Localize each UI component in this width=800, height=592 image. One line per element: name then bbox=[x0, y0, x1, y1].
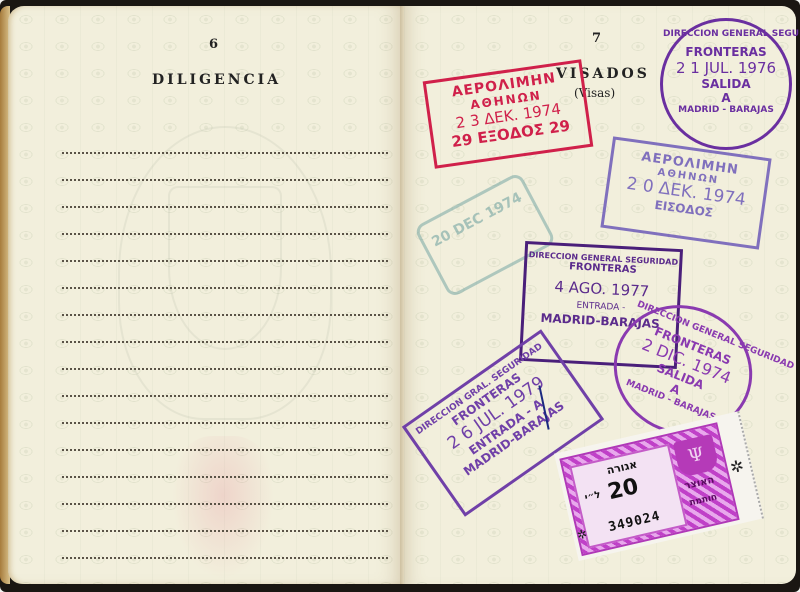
stamp-line: DIRECCION GENERAL SEGURIDAD bbox=[663, 29, 789, 39]
passport-spread: 6 DILIGENCIA 7 VISADOS (Visas) 20 DEC 19… bbox=[0, 0, 800, 592]
madrid-exit-round-stamp: DIRECCION GENERAL SEGURIDAD FRONTERAS 2 … bbox=[660, 18, 792, 150]
stamp-value: 20 bbox=[605, 474, 640, 505]
ruled-line bbox=[62, 343, 388, 370]
stamp-serial: 349024 bbox=[585, 504, 684, 541]
ruled-line bbox=[62, 316, 388, 343]
ruled-line bbox=[62, 127, 388, 154]
stamp-line: SALIDA bbox=[663, 77, 789, 91]
ruled-line bbox=[62, 397, 388, 424]
ruled-line bbox=[62, 289, 388, 316]
currency-unit: ל״י bbox=[584, 490, 602, 504]
ruled-line bbox=[62, 505, 388, 532]
ruled-line bbox=[62, 559, 388, 584]
ruled-line bbox=[62, 370, 388, 397]
ruled-line bbox=[62, 532, 388, 559]
stamp-value-panel: אגורה ל״י 20 349024 bbox=[569, 444, 687, 549]
ruled-line bbox=[62, 235, 388, 262]
stamp-line: FRONTERAS bbox=[663, 45, 789, 59]
left-page: 6 DILIGENCIA bbox=[8, 6, 404, 584]
ruled-line bbox=[62, 208, 388, 235]
page-number: 7 bbox=[592, 31, 601, 46]
ruled-line bbox=[62, 451, 388, 478]
stamp-line: MADRID - BARAJAS bbox=[663, 105, 789, 115]
stamp-label: חותמת bbox=[678, 490, 729, 511]
page-title: DILIGENCIA bbox=[152, 72, 281, 88]
page-number: 6 bbox=[209, 37, 218, 52]
ruled-line bbox=[62, 424, 388, 451]
ruled-line bbox=[62, 181, 388, 208]
ruled-lines bbox=[62, 127, 388, 584]
stamp-date: 4 AGO. 1977 bbox=[525, 276, 678, 302]
ruled-line bbox=[62, 154, 388, 181]
menorah-icon: Ψ bbox=[673, 434, 720, 478]
ruled-line bbox=[62, 478, 388, 505]
stamp-line: A bbox=[663, 91, 789, 105]
ruled-line bbox=[62, 262, 388, 289]
stamp-date: 2 1 JUL. 1976 bbox=[663, 59, 789, 77]
